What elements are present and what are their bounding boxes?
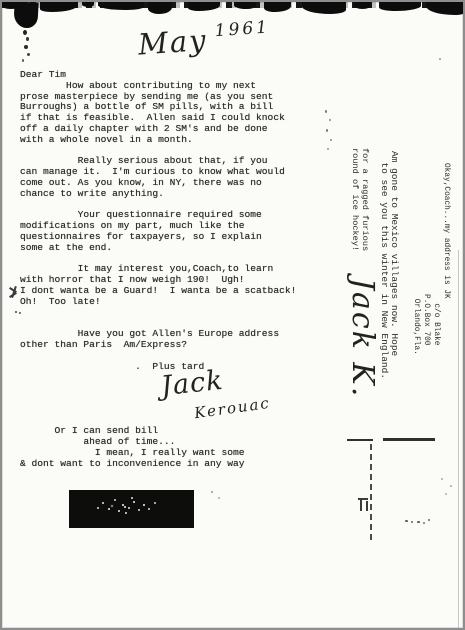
scan-toner-mark [82,2,94,7]
margin-signature-sideways: Jack K. [345,278,380,398]
margin-note-hockey: for a ragged furious round of ice hockey… [350,148,370,251]
scan-speck [439,58,441,60]
handwritten-date: May1961 [137,17,272,61]
scan-speck [329,119,331,121]
scan-speck [26,37,29,41]
scan-speck [326,129,328,132]
scan-speck [330,139,332,141]
scan-speck [211,491,213,493]
scan-speck [405,520,408,522]
page-edge-line [383,438,435,441]
scan-toner-mark [354,2,371,9]
scan-speck [411,521,413,523]
scan-toner-mark [40,2,78,12]
handwritten-date-year: 1961 [214,17,271,41]
scan-speck [23,30,27,35]
page-edge-line [347,439,373,441]
margin-note-mexico: Am gone to Mexico villages now. Hope to … [379,151,399,379]
redaction-noise [124,506,126,508]
scan-toner-blob [13,1,38,28]
scan-speck [327,148,329,150]
scan-toner-mark [188,2,220,11]
scan-toner-mark [426,2,465,15]
scan-smudge [366,501,368,511]
scan-speck [325,110,327,113]
scan-speck [441,478,443,480]
fold-dashed-line [370,444,372,540]
scan-smudge [360,500,362,511]
redaction-block [69,490,194,528]
scan-toner-mark [379,2,421,11]
scan-speck [27,53,30,56]
scan-toner-mark [98,2,144,10]
scan-speck [24,45,28,49]
scan-speck [445,493,447,495]
margin-note-address: Okay,Coach...my address is JK c/o Blake … [411,163,451,355]
scan-speck [417,521,420,523]
scan-speck [428,519,430,521]
scan-toner-mark [148,2,172,14]
scan-speck [450,485,452,487]
scan-speck [218,497,220,499]
stray-pen-mark [15,311,17,313]
stray-pen-mark [19,312,21,314]
scan-speck [423,522,425,524]
letter-scan-page: May1961 Dear Tim How about contributing … [0,0,465,630]
scan-speck [22,59,24,62]
scan-toner-mark [302,2,346,14]
scan-toner-mark [234,2,256,9]
page-edge-faint-line [458,250,459,628]
signature-first-name: Jack [160,365,225,402]
scan-toner-mark [264,2,291,12]
handwritten-date-month: May [137,23,209,62]
